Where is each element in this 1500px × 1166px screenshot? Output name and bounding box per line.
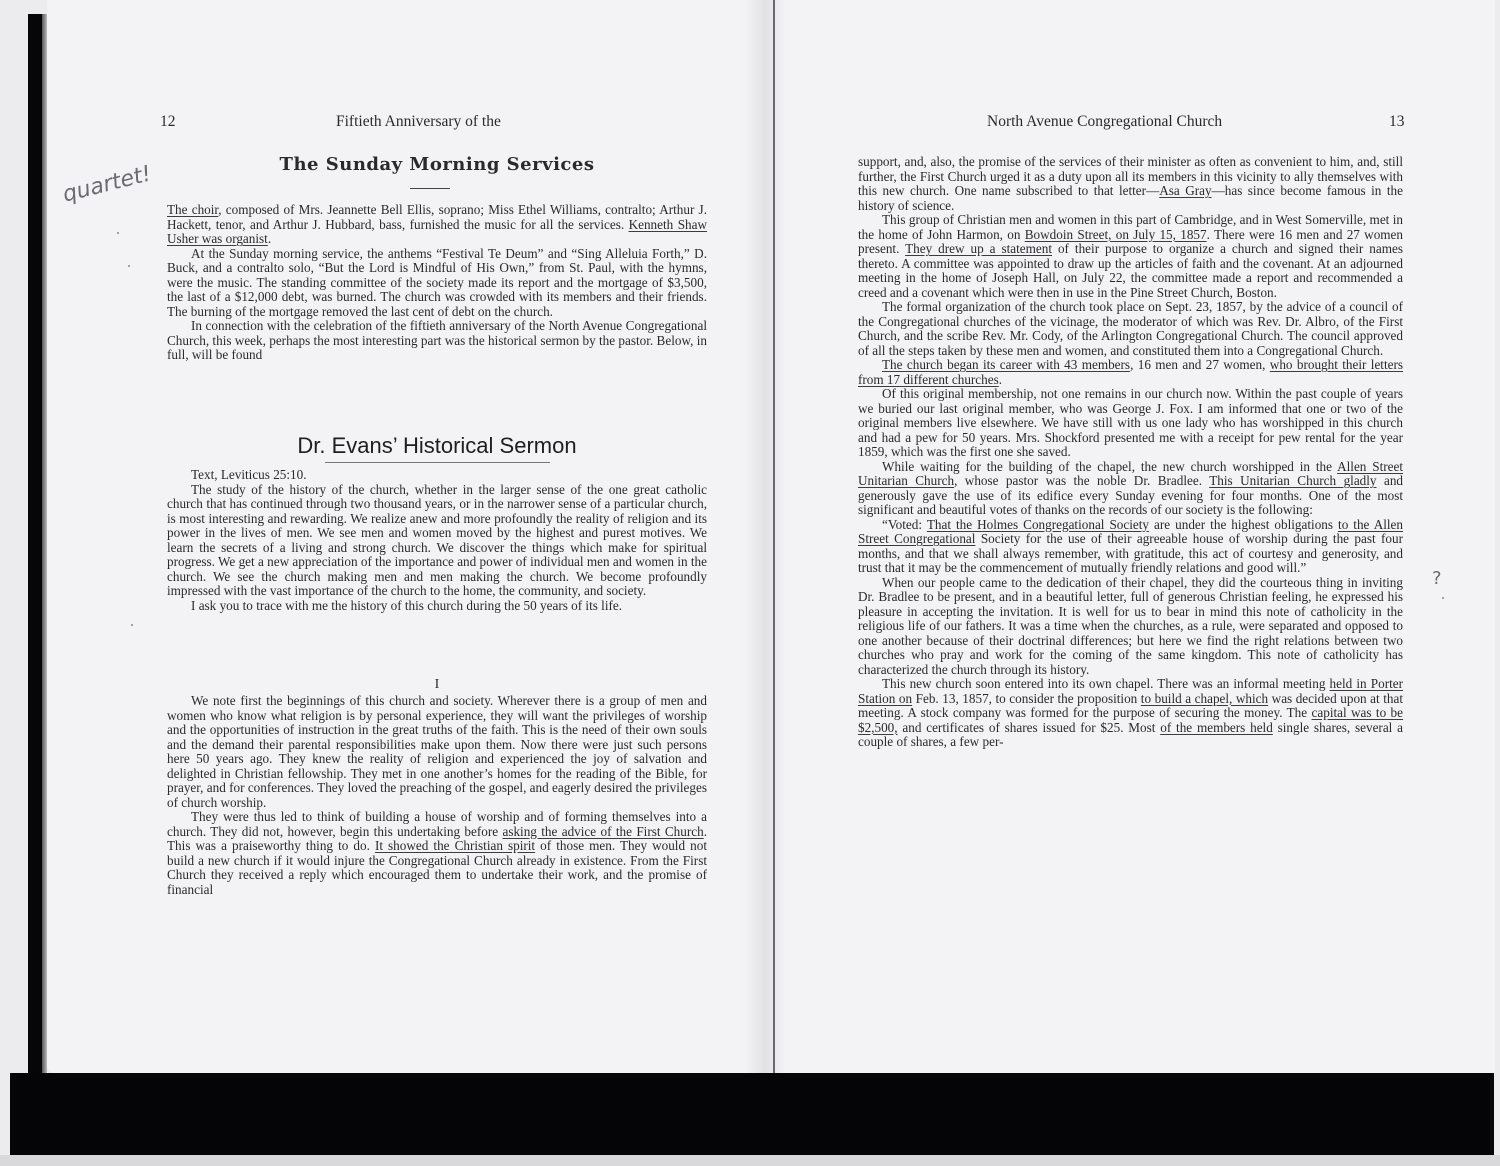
text-run: Text, Leviticus 25:10. — [191, 467, 307, 482]
paragraph: We note first the beginnings of this chu… — [167, 694, 707, 810]
scan-speck — [131, 624, 133, 626]
section-one-text: We note first the beginnings of this chu… — [167, 694, 707, 897]
text-run: . — [999, 372, 1002, 387]
text-run: are under the highest obligations — [1149, 517, 1338, 532]
underlined-text: It showed the Christian spirit — [375, 838, 535, 853]
text-run: In connection with the celebration of th… — [167, 318, 707, 362]
text-run: . — [268, 231, 271, 246]
divider-rule — [410, 188, 450, 189]
text-run: The study of the history of the church, … — [167, 482, 707, 599]
sermon-title: Dr. Evans’ Historical Sermon — [167, 433, 707, 459]
scan-bottom-edge — [10, 1073, 1494, 1155]
text-run: , whose pastor was the noble Dr. Bradlee… — [954, 473, 1209, 488]
paragraph: The study of the history of the church, … — [167, 483, 707, 599]
scan-speck — [117, 232, 119, 234]
handwritten-question-mark: ? — [1432, 568, 1442, 589]
underlined-text: to build a chapel, which — [1141, 691, 1268, 706]
underlined-text: The church began its career with 43 memb… — [882, 357, 1130, 372]
underlined-text: They drew up a statement — [905, 241, 1052, 256]
right-page-number: 13 — [1389, 113, 1405, 131]
text-run: and certificates of shares issued for $2… — [898, 720, 1161, 735]
text-run: At the Sunday morning service, the anthe… — [167, 246, 707, 319]
divider-rule — [325, 462, 550, 463]
paragraph: The choir, composed of Mrs. Jeannette Be… — [167, 203, 707, 247]
underlined-text: This Unitarian Church gladly — [1209, 473, 1376, 488]
sermon-intro-text: Text, Leviticus 25:10.The study of the h… — [167, 468, 707, 613]
underlined-text: Bowdoin Street, on July 15, 1857 — [1025, 227, 1207, 242]
paragraph: Of this original membership, not one rem… — [858, 387, 1403, 460]
text-run: We note first the beginnings of this chu… — [167, 693, 707, 810]
scan-edge-shadow — [42, 14, 47, 1164]
book-gutter — [773, 0, 775, 1073]
right-running-head: North Avenue Congregational Church — [987, 113, 1222, 131]
scan-edge-left — [28, 14, 42, 1164]
scan-bottom-strip — [0, 1155, 1500, 1166]
paragraph: support, and, also, the promise of the s… — [858, 155, 1403, 213]
paragraph: This new church soon entered into its ow… — [858, 677, 1403, 750]
right-page-text: support, and, also, the promise of the s… — [858, 155, 1403, 750]
text-run: When our people came to the dedication o… — [858, 575, 1403, 677]
left-running-head: Fiftieth Anniversary of the — [336, 113, 501, 131]
text-run: Of this original membership, not one rem… — [858, 386, 1403, 459]
underlined-text: of the members held — [1160, 720, 1273, 735]
gutter-shadow — [745, 0, 785, 1073]
paragraph: “Voted: That the Holmes Congregational S… — [858, 518, 1403, 576]
scan-speck — [128, 265, 130, 267]
section-title: The Sunday Morning Services — [167, 154, 707, 175]
text-run: The formal organization of the church to… — [858, 299, 1403, 358]
text-run: I ask you to trace with me the history o… — [191, 598, 622, 613]
paragraph: They were thus led to think of building … — [167, 810, 707, 897]
paragraph: When our people came to the dedication o… — [858, 576, 1403, 678]
paragraph: This group of Christian men and women in… — [858, 213, 1403, 300]
underlined-text: Asa Gray — [1159, 183, 1211, 198]
section-numeral: I — [167, 677, 707, 693]
paragraph: Text, Leviticus 25:10. — [167, 468, 707, 483]
scan-speck — [1442, 597, 1444, 599]
paragraph: In connection with the celebration of th… — [167, 319, 707, 363]
paragraph: I ask you to trace with me the history o… — [167, 599, 707, 614]
underlined-text: The choir — [167, 202, 218, 217]
text-run: While waiting for the building of the ch… — [882, 459, 1337, 474]
text-run: , 16 men and 27 women, — [1130, 357, 1270, 372]
text-run: This new church soon entered into its ow… — [882, 676, 1330, 691]
underlined-text: asking the advice of the First Church — [502, 824, 703, 839]
underlined-text: That the Holmes Congregational Society — [927, 517, 1149, 532]
paragraph: The formal organization of the church to… — [858, 300, 1403, 358]
left-page-number: 12 — [160, 113, 176, 131]
intro-text: The choir, composed of Mrs. Jeannette Be… — [167, 203, 707, 363]
text-run: , composed of Mrs. Jeannette Bell Ellis,… — [167, 202, 707, 232]
paragraph: The church began its career with 43 memb… — [858, 358, 1403, 387]
text-run: “Voted: — [882, 517, 927, 532]
text-run: Feb. 13, 1857, to consider the propositi… — [912, 691, 1141, 706]
paragraph: While waiting for the building of the ch… — [858, 460, 1403, 518]
paragraph: At the Sunday morning service, the anthe… — [167, 247, 707, 320]
